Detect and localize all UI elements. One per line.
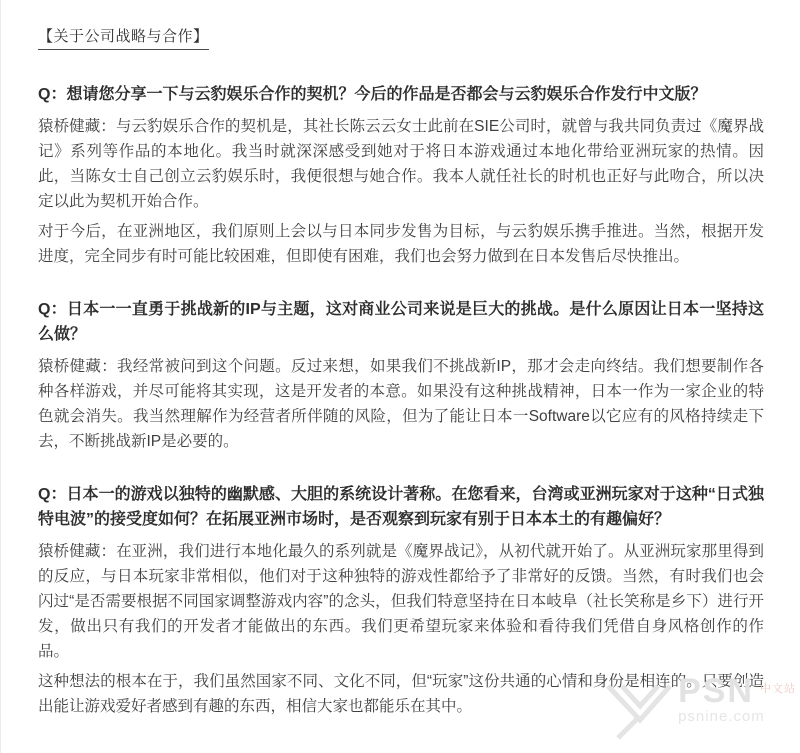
answer-paragraph: 猿桥健藏：与云豹娱乐合作的契机是，其社长陈云云女士此前在SIE公司时，就曾与我共…	[38, 114, 764, 214]
answer-paragraph: 猿桥健藏：在亚洲，我们进行本地化最久的系列就是《魔界战记》，从初代就开始了。从亚…	[38, 539, 764, 664]
question: Q：想请您分享一下与云豹娱乐合作的契机？今后的作品是否都会与云豹娱乐合作发行中文…	[38, 82, 764, 107]
qa-section-2: Q：日本一一直勇于挑战新的IP与主题，这对商业公司来说是巨大的挑战。是什么原因让…	[38, 297, 764, 454]
article-content: 【关于公司战略与合作】 Q：想请您分享一下与云豹娱乐合作的契机？今后的作品是否都…	[1, 0, 800, 719]
answer-paragraph: 猿桥健藏：我经常被问到这个问题。反过来想，如果我们不挑战新IP，那才会走向终结。…	[38, 354, 764, 454]
answer-paragraph: 这种想法的根本在于，我们虽然国家不同、文化不同，但“玩家”这份共通的心情和身份是…	[38, 669, 764, 719]
question: Q：日本一一直勇于挑战新的IP与主题，这对商业公司来说是巨大的挑战。是什么原因让…	[38, 297, 764, 347]
qa-section-1: Q：想请您分享一下与云豹娱乐合作的契机？今后的作品是否都会与云豹娱乐合作发行中文…	[38, 82, 764, 269]
answer-paragraph: 对于今后，在亚洲地区，我们原则上会以与日本同步发售为目标，与云豹娱乐携手推进。当…	[38, 219, 764, 269]
question: Q：日本一的游戏以独特的幽默感、大胆的系统设计著称。在您看来，台湾或亚洲玩家对于…	[38, 482, 764, 532]
section-title: 【关于公司战略与合作】	[38, 25, 764, 46]
section-title-text: 【关于公司战略与合作】	[38, 28, 209, 50]
qa-section-3: Q：日本一的游戏以独特的幽默感、大胆的系统设计著称。在您看来，台湾或亚洲玩家对于…	[38, 482, 764, 719]
